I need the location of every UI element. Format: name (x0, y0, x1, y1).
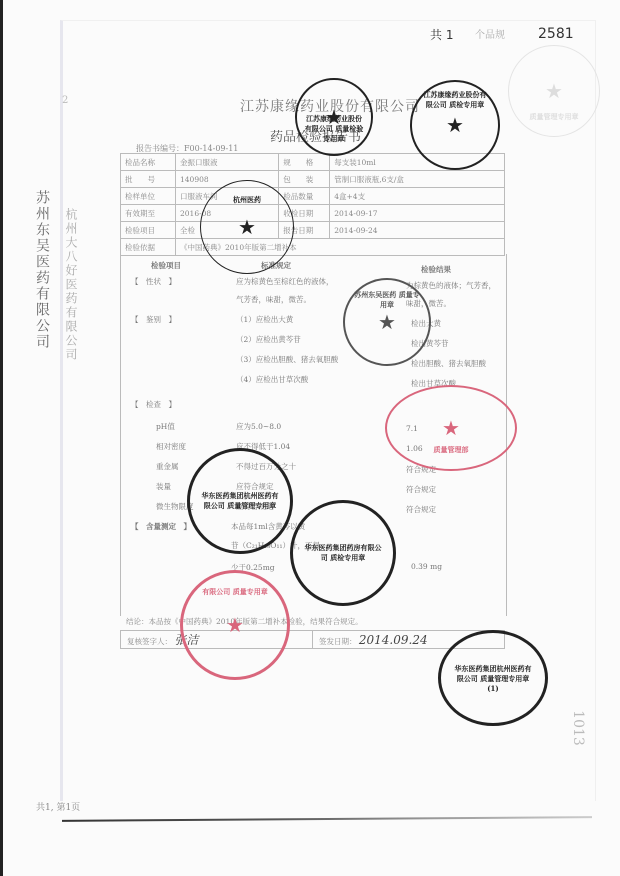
stamp-hangzhou: ★ 杭州医药 (200, 180, 294, 274)
ident-standard: （3）应检出胆酸、猪去氧胆酸 (236, 354, 338, 365)
basis-row: 检验依据 《中国药典》2010年版第二增补本 (121, 239, 505, 256)
stamp-company-qc-right: ★ 江苏康缘药业股份有限公司 质检专用章 (410, 80, 500, 170)
info-value: 管制口服液瓶,6支/盒 (330, 171, 505, 188)
star-icon: ★ (238, 215, 256, 239)
inspection-result: 符合规定 (406, 484, 436, 495)
character-standard-2: 气芳香，味甜，微苦。 (236, 294, 311, 305)
info-label: 检品名称 (121, 154, 176, 171)
stamp-faint-top-right: ★ 质量管理专用章 (508, 45, 600, 137)
section-identification: 【 鉴别 】 (131, 314, 176, 325)
report-number-label: 报告书编号： (136, 144, 184, 153)
side-handwriting: 1013 (570, 710, 586, 746)
character-standard-1: 应为棕黄色至棕红色的液体， (236, 276, 334, 287)
reviewer-label: 复核签字人： (127, 637, 172, 646)
stamp-black-round-2: 华东医药集团药房有限公司 质检专用章 (290, 500, 396, 606)
report-number-value: F00-14-09-11 (184, 144, 238, 153)
stamp-red-oval: ★ 质量管理部 (385, 385, 517, 471)
page-count: 共 1 (430, 26, 453, 43)
info-row: 检验项目 全检 报告日期 2014-09-24 (121, 222, 505, 239)
info-value: 2014-09-17 (330, 205, 505, 222)
info-row: 有效期至 2016-08 收检日期 2014-09-17 (121, 205, 505, 222)
inspection-standard: 应为5.0~8.0 (236, 421, 281, 432)
margin-mark: 2 (62, 95, 72, 107)
inspection-result: 符合规定 (406, 504, 436, 515)
star-icon: ★ (545, 79, 563, 103)
footer-page-info: 共1, 第1页 (36, 800, 80, 813)
col-item-header: 检验项目 (151, 260, 181, 271)
info-row: 批 号 140908 包 装 管制口服液瓶,6支/盒 (121, 171, 505, 188)
section-inspection: 【 检查 】 (131, 399, 176, 410)
stamp-black-round-3: 华东医药集团杭州医药有限公司 质量管理专用章(1) (438, 630, 548, 726)
info-label: 包 装 (279, 171, 330, 188)
info-label: 有效期至 (121, 205, 176, 222)
star-icon: ★ (442, 416, 460, 440)
inspection-item: 装量 (156, 481, 171, 492)
star-icon: ★ (226, 613, 244, 637)
section-character: 【 性状 】 (131, 276, 176, 287)
stamp-suzhou-gray: ★ 苏州东吴医药 质量专用章 (343, 278, 431, 366)
section-assay: 【 含量测定 】 (131, 521, 191, 532)
info-value: 4盒+4支 (330, 188, 505, 205)
assay-result: 0.39 mg (411, 562, 442, 571)
issue-date-signature: 2014.09.24 (359, 633, 428, 647)
page-label: 个品规 (475, 26, 505, 41)
stamp-black-round-1: 华东医药集团杭州医药有限公司 质量管理专用章 (187, 448, 293, 554)
ident-standard: （4）应检出甘草次酸 (236, 374, 308, 385)
info-label: 批 号 (121, 171, 176, 188)
basis-label: 检验依据 (121, 239, 176, 256)
info-label: 规 格 (279, 154, 330, 171)
page-bottom-edge (62, 816, 592, 822)
document-number: 2581 (538, 26, 574, 42)
info-value: 2014-09-24 (330, 222, 505, 239)
info-value: 金振口服液 (176, 154, 279, 171)
inspection-item: 相对密度 (156, 441, 186, 452)
inspection-item: pH值 (156, 421, 175, 432)
inspection-item: 重金属 (156, 461, 179, 472)
ident-standard: （2）应检出黄芩苷 (236, 334, 301, 345)
col-result-header: 检验结果 (421, 264, 451, 275)
ident-result: 检出胆酸、猪去氧胆酸 (411, 358, 486, 369)
side-company-2: 杭州大八好医药有限公司 (63, 208, 80, 362)
info-label: 检样单位 (121, 188, 176, 205)
stamp-company-qc-top: ★ 江苏康缘药业股份有限公司 质量检验专用章 (295, 78, 373, 156)
side-company-1: 苏州东吴医药有限公司 (32, 190, 52, 350)
scan-left-edge (0, 0, 3, 876)
issue-date-label: 签发日期： (319, 637, 357, 646)
star-icon: ★ (378, 310, 396, 334)
ident-standard: （1）应检出大黄 (236, 314, 293, 325)
info-row: 检样单位 口服液车间 检品数量 4盒+4支 (121, 188, 505, 205)
info-label: 检验项目 (121, 222, 176, 239)
signature-table: 复核签字人： 张洁 签发日期： 2014.09.24 (120, 630, 505, 649)
star-icon: ★ (446, 113, 464, 137)
stamp-red-round: ★ 有限公司 质量专用章 (180, 570, 290, 680)
